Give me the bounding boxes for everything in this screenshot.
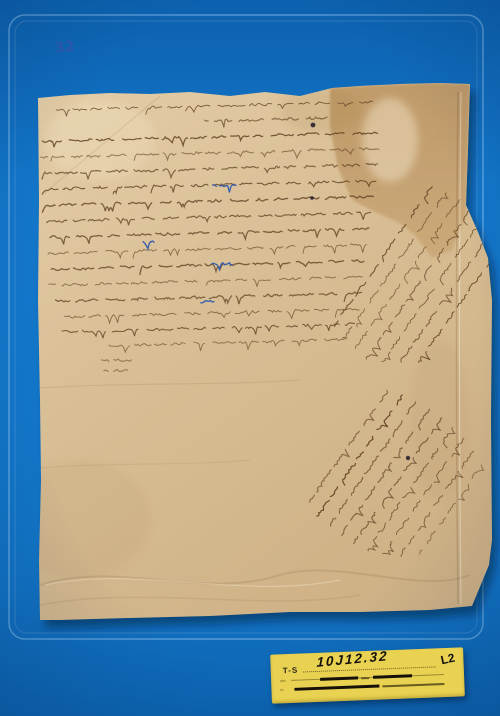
shelfmark-label: T-S 10J12.32 L2 cm in [270,647,465,703]
label-prefix: T-S [283,666,299,677]
photograph: 32 T-S 10J12.32 L2 cm in [0,0,500,716]
label-corner-code: L2 [439,651,456,668]
manuscript-photo-scene: 32 [0,0,500,716]
cm-unit-label: cm [280,678,289,683]
label-dotted-line: 10J12.32 [303,654,436,672]
in-unit-label: in [280,687,289,692]
vignette [0,0,500,716]
